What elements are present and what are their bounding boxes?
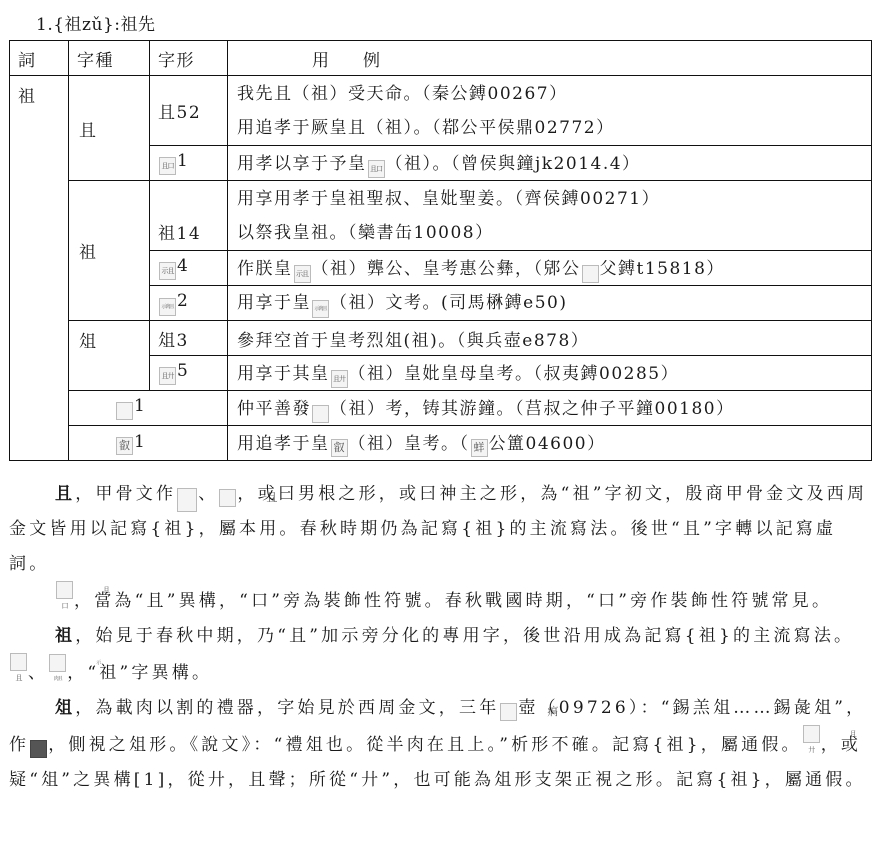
variant-glyph-image: 示肉且 xyxy=(159,298,176,316)
form-cell: 俎3 xyxy=(150,321,228,356)
merged-form-cell: 叡1 xyxy=(69,426,228,461)
example-text: （祖）。（曾侯與鐘jk2014.4） xyxy=(386,154,641,174)
commentary: 且，甲骨文作且、且，或曰男根之形，或曰神主之形，為“祖”字初文，殷商甲骨金文及西… xyxy=(9,477,871,797)
paragraph-qie: 且，甲骨文作且、且，或曰男根之形，或曰神主之形，為“祖”字初文，殷商甲骨金文及西… xyxy=(9,477,871,581)
variant-glyph-image: 且廾 xyxy=(331,370,348,388)
variant-glyph-image: 且口 xyxy=(56,581,73,599)
table-row: 祖 且 且52 我先且（祖）受天命。（秦公鎛00267） 用追孝于厥皇且（祖）。… xyxy=(10,76,872,146)
table-row: 叡1 用追孝于皇叡（祖）皇考。（蛘公簠04600） xyxy=(10,426,872,461)
form-cell: 且口1 xyxy=(150,146,228,181)
table-row: 俎 俎3 參拜空首于皇考烈俎(祖)。（與兵壺e878） xyxy=(10,321,872,356)
merged-form-cell: 𠭰1 xyxy=(69,391,228,426)
variant-glyph-image: 𠭰 xyxy=(116,402,133,420)
kind-cell: 俎 xyxy=(69,321,150,391)
example-text: 公簠04600） xyxy=(489,434,606,454)
character-forms-table: 詞 字種 字形 用例 祖 且 且52 我先且（祖）受天命。（秦公鎛00267） … xyxy=(9,40,872,461)
form-count: 1 xyxy=(134,396,146,416)
table-row: 祖 祖14 用享用孝于皇祖聖叔、皇妣聖姜。（齊侯鎛00271） 以祭我皇祖。（欒… xyxy=(10,181,872,251)
header-kind: 字種 xyxy=(69,41,150,76)
paragraph-text: ，側視之俎形。《說文》：“禮俎也。從半肉在且上。”析形不確。記寫{祖}，屬通假。 xyxy=(48,735,802,755)
bronze-glyph-image: 俎 xyxy=(30,740,47,758)
example-cell: 作朕皇示且（祖）龏公、皇考惠公彝，（郳公𩍐父鎛t15818） xyxy=(228,251,872,286)
example-cell: 用享于其皇且廾（祖）皇妣皇母皇考。（叔夷鎛00285） xyxy=(228,356,872,391)
example-text: 用孝以享于予皇 xyxy=(237,154,367,174)
variant-glyph-image: 且口 xyxy=(368,160,385,178)
variant-glyph-image: 且廾 xyxy=(159,367,176,385)
header-form: 字形 xyxy=(150,41,228,76)
variant-glyph-image: 示且 xyxy=(10,653,27,671)
variant-glyph-image: 叡 xyxy=(116,437,133,455)
example-text: （祖）文考。(司馬楙鎛e50) xyxy=(330,293,567,313)
form-cell: 示肉且2 xyxy=(150,286,228,321)
example-text: （祖）龏公、皇考惠公彝，（郳公 xyxy=(312,259,581,279)
example-cell: 我先且（祖）受天命。（秦公鎛00267） 用追孝于厥皇且（祖）。（鄀公平侯鼎02… xyxy=(228,76,872,146)
example-text: （祖）考，铸其游鐘。（莒叔之仲子平鐘00180） xyxy=(330,399,735,419)
example-cell: 用享用孝于皇祖聖叔、皇妣聖姜。（齊侯鎛00271） 以祭我皇祖。（欒書缶1000… xyxy=(228,181,872,251)
form-cell: 示且4 xyxy=(150,251,228,286)
paragraph-text: ，始見于春秋中期，乃“且”加示旁分化的專用字，後世沿用成為記寫{祖}的主流寫法。 xyxy=(75,626,854,646)
variant-glyph-image: 叡 xyxy=(331,439,348,457)
form-count: 2 xyxy=(177,291,189,311)
rare-glyph-image: 蛘 xyxy=(471,439,488,457)
variant-glyph-image: 示且 xyxy=(294,265,311,283)
table-row: 𠭰1 仲平善發𠭰（祖）考，铸其游鐘。（莒叔之仲子平鐘00180） xyxy=(10,391,872,426)
paragraph-zu: 祖，始見于春秋中期，乃“且”加示旁分化的專用字，後世沿用成為記寫{祖}的主流寫法… xyxy=(9,619,871,691)
variant-glyph-image: 示肉且 xyxy=(49,654,66,672)
variant-glyph-image: 且口 xyxy=(159,157,176,175)
form-count: 5 xyxy=(177,361,189,381)
rare-glyph-image: 𩍐 xyxy=(582,265,599,283)
section-heading: 1.{祖zǔ}:祖先 xyxy=(36,10,155,35)
example-text: 作朕皇 xyxy=(237,259,293,279)
example-text: 用追孝于皇 xyxy=(237,434,330,454)
form-cell: 祖14 xyxy=(150,181,228,251)
lead-character: 且 xyxy=(55,484,75,504)
example-cell: 用孝以享于予皇且口（祖）。（曾侯與鐘jk2014.4） xyxy=(228,146,872,181)
form-count: 1 xyxy=(134,432,146,452)
form-cell: 且廾5 xyxy=(150,356,228,391)
example-text: （祖）皇妣皇母皇考。（叔夷鎛00285） xyxy=(349,364,680,384)
paragraph-qie-kou: 且口，當為“且”異構，“口”旁為裝飾性符號。春秋戰國時期，“口”旁作裝飾性符號常… xyxy=(9,581,871,619)
example-cell: 參拜空首于皇考烈俎(祖)。（與兵壺e878） xyxy=(228,321,872,356)
variant-glyph-image: 且廾 xyxy=(803,725,820,743)
rare-glyph-image: 㾓 xyxy=(500,703,517,721)
table-header-row: 詞 字種 字形 用例 xyxy=(10,41,872,76)
paragraph-text: 、 xyxy=(198,484,218,504)
example-line: 我先且（祖）受天命。（秦公鎛00267） xyxy=(237,77,871,111)
example-line: 用追孝于厥皇且（祖）。（鄀公平侯鼎02772） xyxy=(237,111,871,145)
variant-glyph-image: 示且 xyxy=(159,262,176,280)
paragraph-text: ，當為“且”異構，“口”旁為裝飾性符號。春秋戰國時期，“口”旁作裝飾性符號常見。 xyxy=(74,591,832,611)
variant-glyph-image: 示肉且 xyxy=(312,300,329,318)
header-usage: 用例 xyxy=(228,41,872,76)
example-text: 用享于皇 xyxy=(237,293,311,313)
example-cell: 用享于皇示肉且（祖）文考。(司馬楙鎛e50) xyxy=(228,286,872,321)
example-text: 父鎛t15818） xyxy=(600,259,725,279)
paragraph-text: ，甲骨文作 xyxy=(75,484,176,504)
lead-character: 祖 xyxy=(55,626,75,646)
kind-cell: 祖 xyxy=(69,181,150,321)
example-text: （祖）皇考。（ xyxy=(349,434,470,454)
form-cell: 且52 xyxy=(150,76,228,146)
header-usage-1: 用 xyxy=(312,51,329,71)
example-cell: 用追孝于皇叡（祖）皇考。（蛘公簠04600） xyxy=(228,426,872,461)
header-word: 詞 xyxy=(10,41,69,76)
example-line: 以祭我皇祖。（欒書缶10008） xyxy=(237,216,871,250)
example-text: 仲平善發 xyxy=(237,399,311,419)
oracle-bone-glyph-image: 且 xyxy=(177,488,197,512)
form-count: 1 xyxy=(177,151,189,171)
example-line: 用享用孝于皇祖聖叔、皇妣聖姜。（齊侯鎛00271） xyxy=(237,182,871,216)
lead-character: 俎 xyxy=(55,698,75,718)
word-cell: 祖 xyxy=(10,76,69,461)
variant-glyph-image: 𠭰 xyxy=(312,405,329,423)
paragraph-text: 、 xyxy=(28,663,48,683)
form-count: 4 xyxy=(177,256,189,276)
example-text: 用享于其皇 xyxy=(237,364,330,384)
example-cell: 仲平善發𠭰（祖）考，铸其游鐘。（莒叔之仲子平鐘00180） xyxy=(228,391,872,426)
kind-cell: 且 xyxy=(69,76,150,181)
header-usage-2: 例 xyxy=(363,51,380,71)
oracle-bone-glyph-image: 且 xyxy=(219,489,236,507)
paragraph-text: ，“祖”字異構。 xyxy=(67,663,212,683)
paragraph-text: ，為載肉以割的禮器，字始見於西周金文，三年 xyxy=(75,698,499,718)
paragraph-zu-sacrificial: 俎，為載肉以割的禮器，字始見於西周金文，三年㾓壺（09726）：“錫羔俎……錫彘… xyxy=(9,691,871,798)
